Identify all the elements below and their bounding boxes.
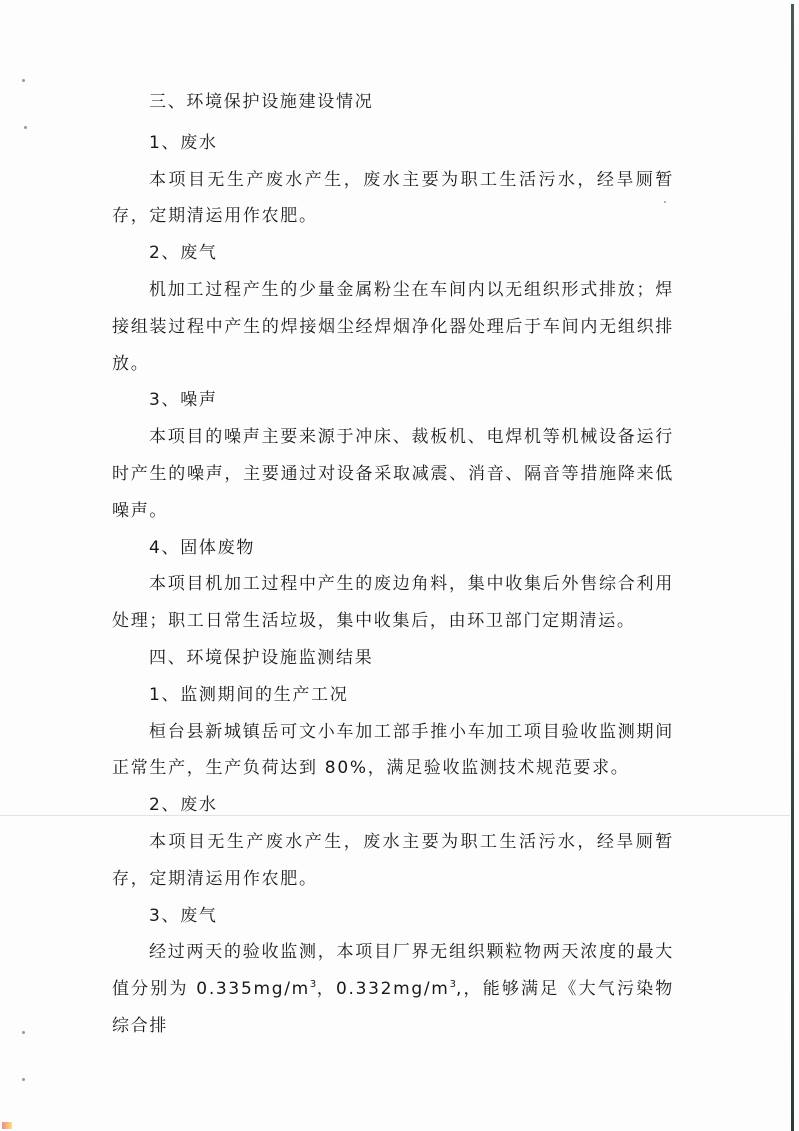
document-body: 三、环境保护设施建设情况 1、废水 本项目无生产废水产生，废水主要为职工生活污水… bbox=[112, 84, 674, 1045]
paragraph: 本项目机加工过程中产生的废边角料，集中收集后外售综合利用处理；职工日常生活垃圾，… bbox=[112, 566, 674, 640]
subsection-heading: 1、监测期间的生产工况 bbox=[112, 677, 674, 714]
paragraph: 本项目无生产废水产生，废水主要为职工生活污水，经旱厕暂存，定期清运用作农肥。 bbox=[112, 824, 674, 898]
concentration-value-day1: 0.335mg/m bbox=[196, 979, 310, 999]
paragraph: 机加工过程产生的少量金属粉尘在车间内以无组织形式排放；焊接组装过程中产生的焊接烟… bbox=[112, 272, 674, 382]
subsection-heading: 3、废气 bbox=[112, 898, 674, 935]
scan-edge-line bbox=[791, 4, 794, 1131]
paragraph: 桓台县新城镇岳可文小车加工部手推小车加工项目验收监测期间正常生产，生产负荷达到 … bbox=[112, 714, 674, 788]
paragraph: 本项目的噪声主要来源于冲床、裁板机、电焊机等机械设备运行时产生的噪声，主要通过对… bbox=[112, 419, 674, 529]
concentration-value-day2: 0.332mg/m bbox=[336, 979, 450, 999]
scan-speck bbox=[22, 1078, 25, 1081]
scan-speck bbox=[22, 79, 25, 82]
subsection-heading: 1、废水 bbox=[112, 125, 674, 162]
paragraph-emissions: 经过两天的验收监测，本项目厂界无组织颗粒物两天浓度的最大值分别为 0.335mg… bbox=[112, 934, 674, 1044]
separator: ， bbox=[316, 979, 336, 999]
paragraph: 本项目无生产废水产生，废水主要为职工生活污水，经旱厕暂存，定期清运用作农肥。 bbox=[112, 162, 674, 236]
section-heading: 三、环境保护设施建设情况 bbox=[112, 84, 674, 121]
section-heading: 四、环境保护设施监测结果 bbox=[112, 640, 674, 677]
subsection-heading: 4、固体废物 bbox=[112, 530, 674, 567]
subsection-heading: 2、废水 bbox=[112, 787, 674, 824]
scanned-page: 三、环境保护设施建设情况 1、废水 本项目无生产废水产生，废水主要为职工生活污水… bbox=[0, 0, 799, 1131]
subsection-heading: 3、噪声 bbox=[112, 382, 674, 419]
scan-color-mark bbox=[2, 1122, 12, 1129]
subsection-heading: 2、废气 bbox=[112, 235, 674, 272]
scan-speck bbox=[22, 1031, 25, 1034]
scan-speck bbox=[24, 126, 27, 129]
